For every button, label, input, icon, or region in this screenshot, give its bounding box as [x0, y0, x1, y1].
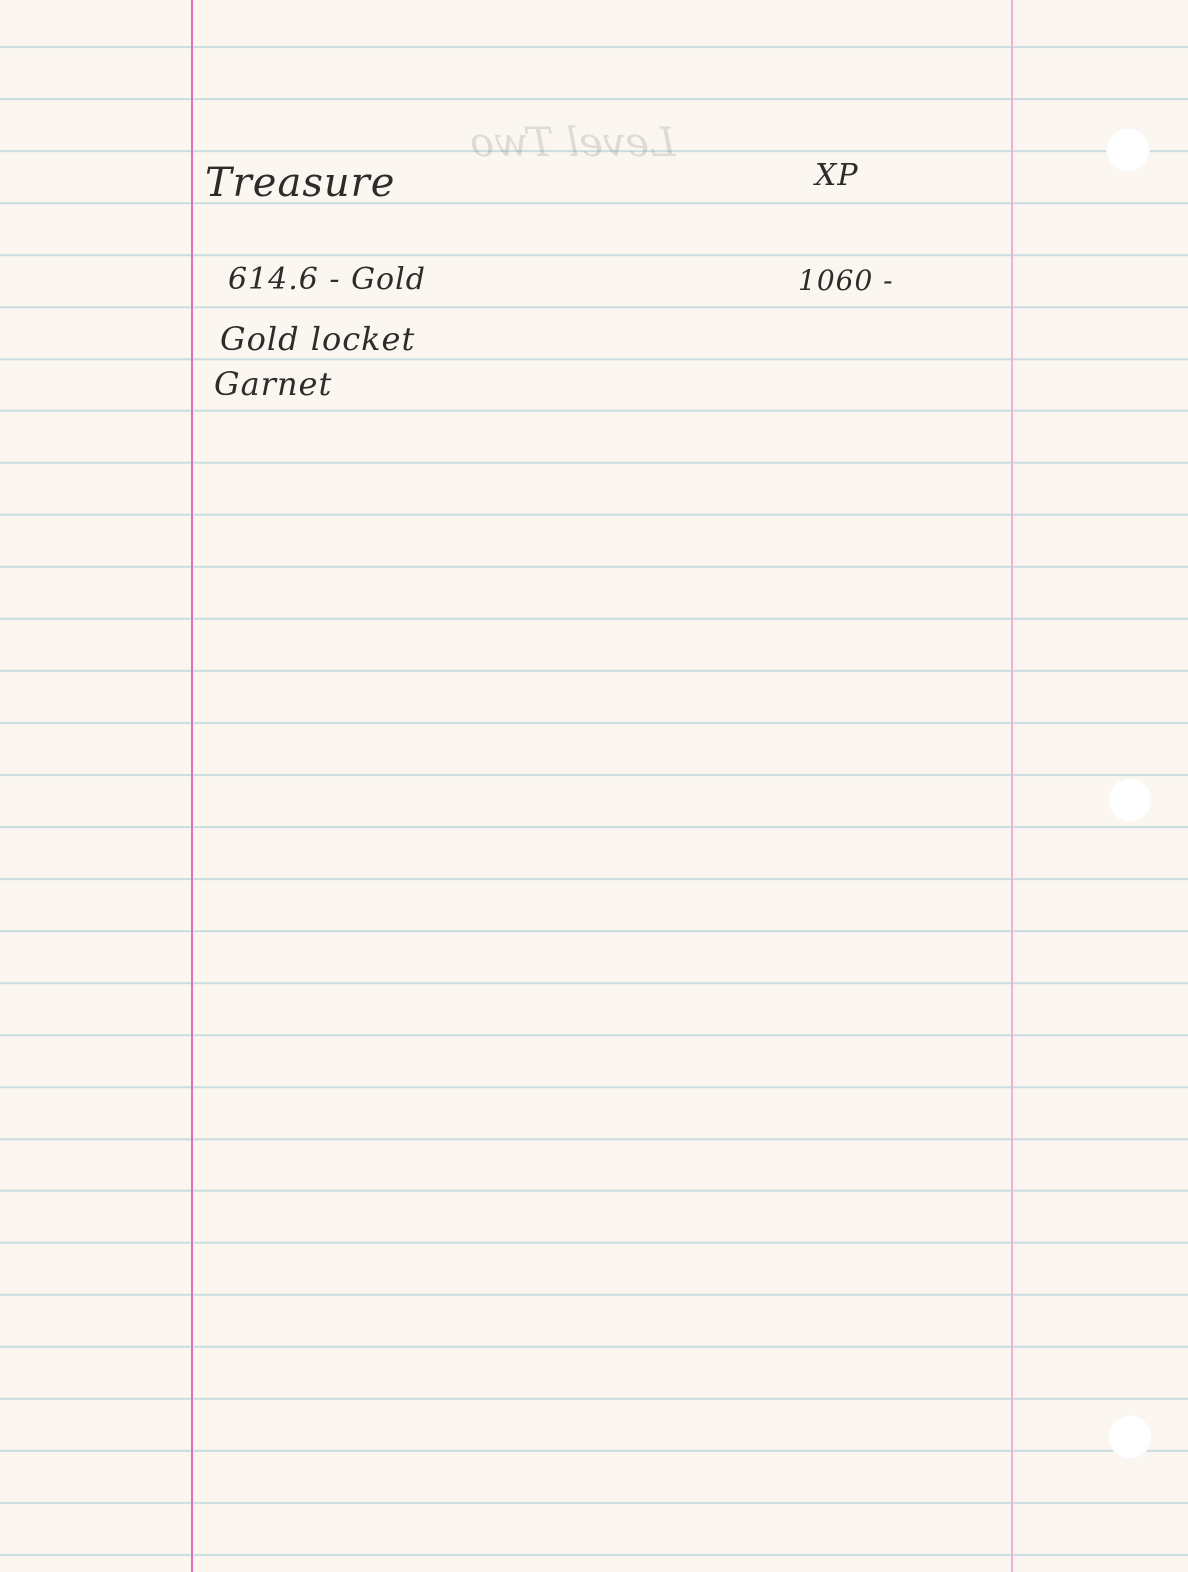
heading-treasure: Treasure [205, 160, 395, 206]
entry-item-3: Garnet [214, 365, 332, 403]
punch-hole-top [1106, 128, 1150, 172]
entry-item-2: Gold locket [220, 320, 415, 358]
punch-hole-bottom [1108, 1415, 1152, 1459]
entry-item-1: 614.6 - Gold [228, 262, 426, 297]
left-margin-line [191, 0, 193, 1572]
lined-paper [0, 0, 1188, 1572]
punch-hole-middle [1108, 778, 1152, 822]
bleed-through-text: Level Two [470, 120, 676, 166]
entry-xp-1: 1060 - [798, 264, 894, 297]
right-margin-line [1011, 0, 1013, 1572]
heading-xp: XP [815, 158, 859, 193]
